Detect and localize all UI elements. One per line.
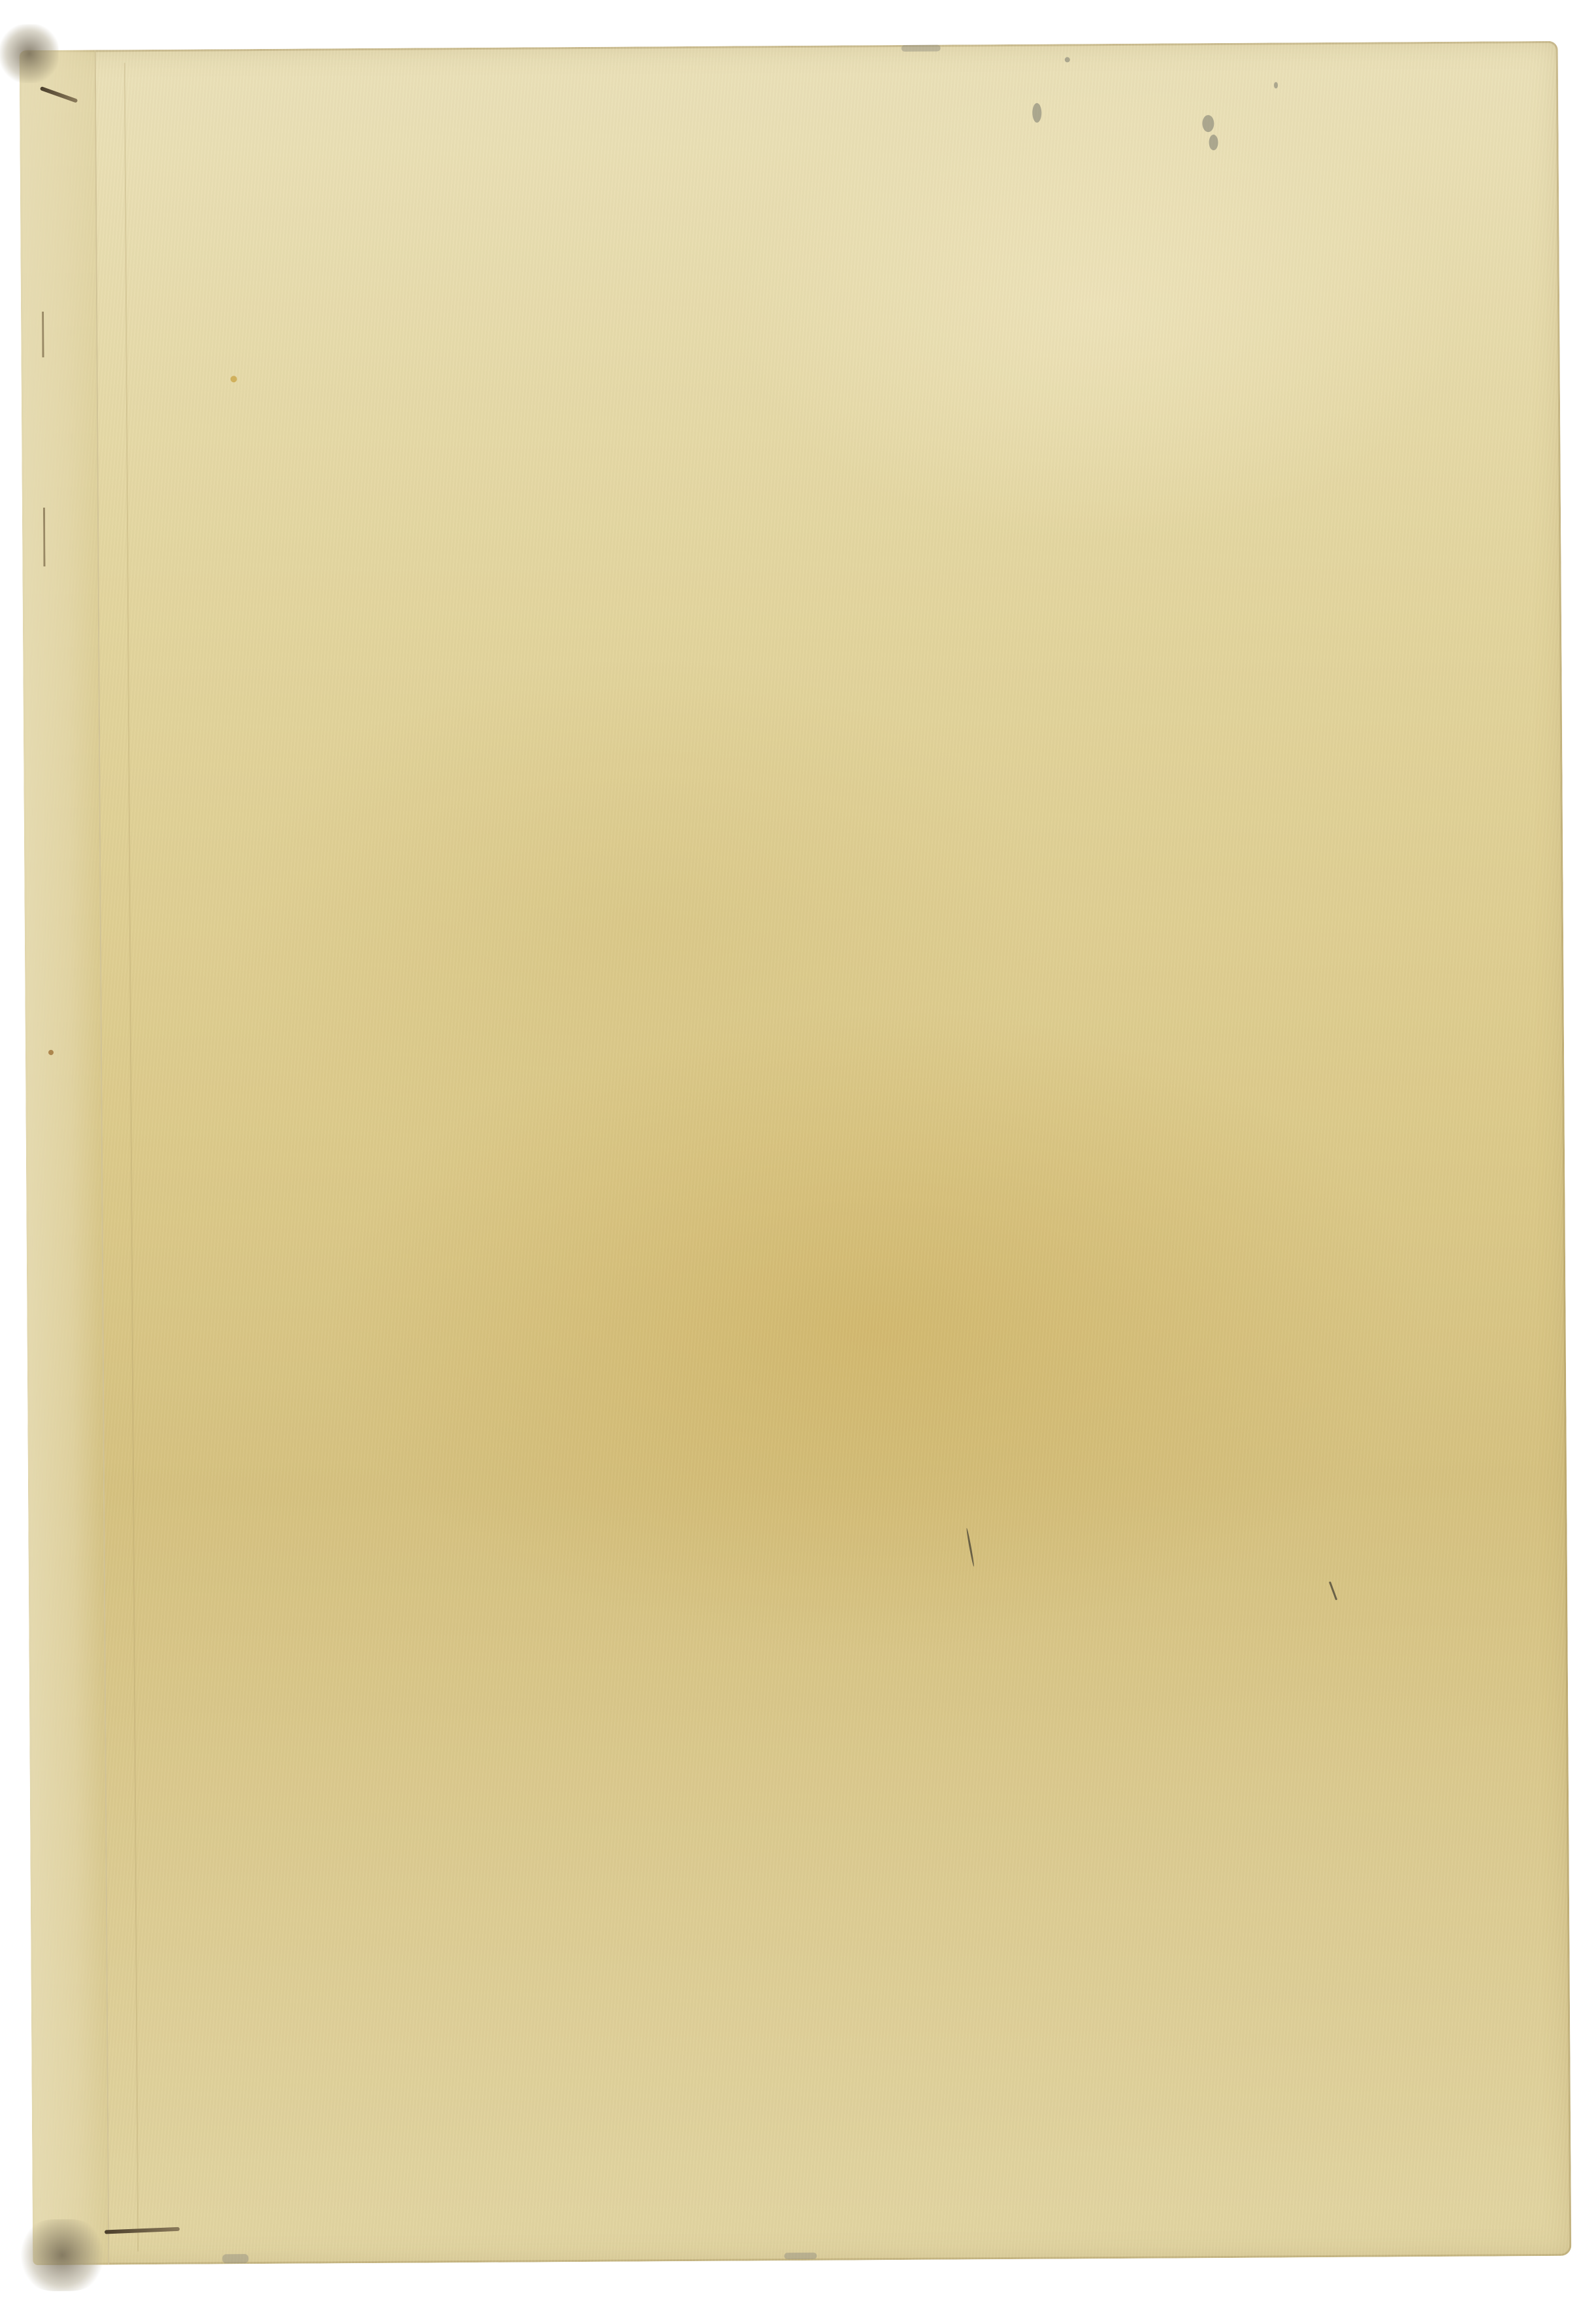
tie-thong-bottom [105,2227,180,2234]
grey-speck [1209,135,1218,150]
edge-wear-bottom [784,2253,817,2259]
grey-speck [1065,57,1070,62]
vellum-book-cover [20,41,1572,2265]
grey-speck [1032,103,1041,123]
ochre-spot [48,1050,54,1055]
grey-speck [1274,82,1278,88]
ochre-spot [231,376,237,382]
spine-ink-mark [42,312,50,357]
curved-scratch [966,1528,975,1567]
spine-strip [20,50,110,2266]
grey-speck [1202,115,1214,132]
spine-ink-mark [43,508,52,566]
edge-wear-bottom [222,2254,248,2263]
dark-mark [1329,1581,1337,1600]
edge-wear-top [902,45,941,52]
frayed-tie-top [0,24,59,84]
frayed-tie-bottom [20,2219,105,2291]
photo-stage [0,0,1596,2301]
hinge-crease [124,63,138,2251]
